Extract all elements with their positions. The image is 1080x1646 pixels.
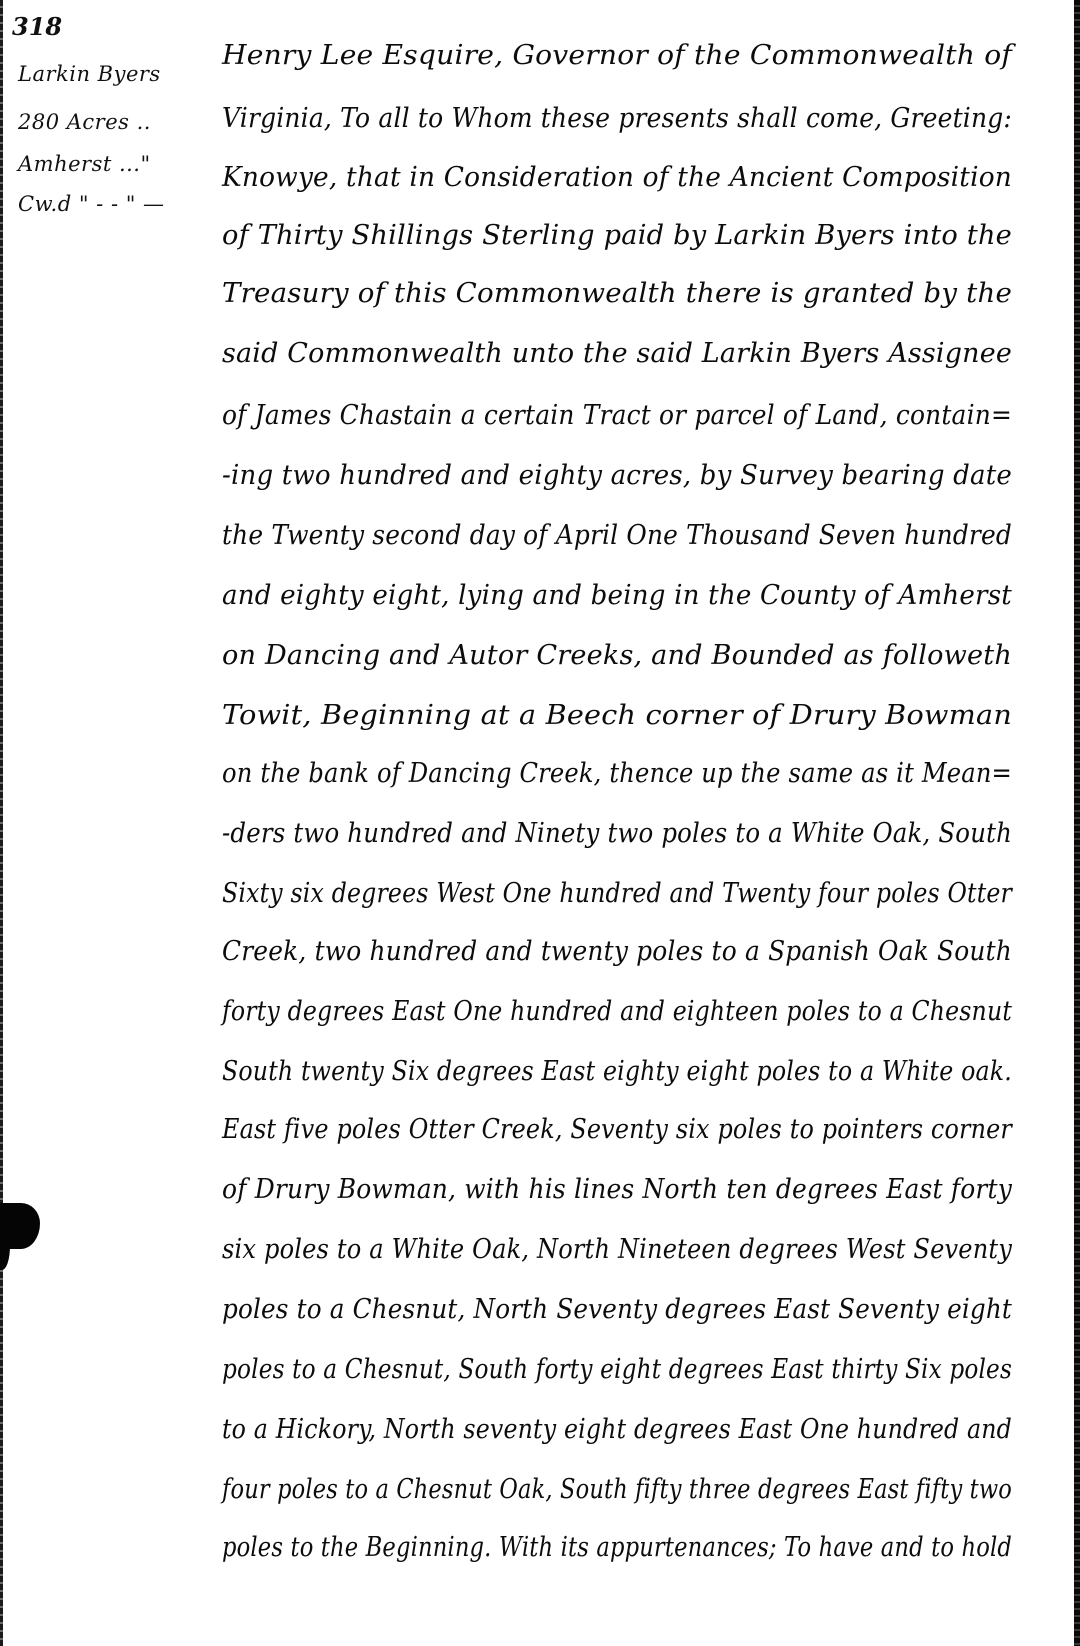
- margin-line-acreage: 280 Acres ..: [18, 110, 151, 134]
- ink-blot-tail: [0, 1240, 10, 1270]
- text-line: Virginia, To all to Whom these presents …: [222, 103, 1012, 134]
- text-line: said Commonwealth unto the said Larkin B…: [222, 338, 1012, 369]
- text-line: Treasury of this Commonwealth there is g…: [222, 278, 1012, 309]
- text-line: of Drury Bowman, with his lines North te…: [222, 1174, 1012, 1205]
- text-line: poles to a Chesnut, South forty eight de…: [222, 1354, 1012, 1385]
- text-line: of James Chastain a certain Tract or par…: [222, 400, 1012, 431]
- text-line: four poles to a Chesnut Oak, South fifty…: [222, 1474, 1012, 1505]
- text-line: poles to the Beginning. With its appurte…: [222, 1532, 1012, 1563]
- text-line: Henry Lee Esquire, Governor of the Commo…: [222, 40, 1012, 71]
- text-line: -ders two hundred and Ninety two poles t…: [222, 818, 1012, 849]
- document-page: 318 Larkin Byers 280 Acres .. Amherst ..…: [0, 0, 1080, 1646]
- text-line: Creek, two hundred and twenty poles to a…: [222, 936, 1012, 967]
- text-line: Knowye, that in Consideration of the Anc…: [222, 162, 1012, 193]
- folio-number: 318: [12, 12, 62, 41]
- text-line: Towit, Beginning at a Beech corner of Dr…: [222, 700, 1012, 731]
- text-line: of Thirty Shillings Sterling paid by Lar…: [222, 220, 1012, 251]
- text-line: six poles to a White Oak, North Nineteen…: [222, 1234, 1012, 1265]
- text-line: East five poles Otter Creek, Seventy six…: [222, 1114, 1012, 1145]
- text-line: poles to a Chesnut, North Seventy degree…: [222, 1294, 1012, 1325]
- text-line: Sixty six degrees West One hundred and T…: [222, 878, 1012, 909]
- text-line: on Dancing and Autor Creeks, and Bounded…: [222, 640, 1012, 671]
- text-line: and eighty eight, lying and being in the…: [222, 580, 1012, 611]
- margin-line-county: Amherst ...": [18, 152, 151, 176]
- text-line: -ing two hundred and eighty acres, by Su…: [222, 460, 1012, 491]
- margin-line-grantee: Larkin Byers: [18, 62, 161, 86]
- text-line: the Twenty second day of April One Thous…: [222, 520, 1012, 551]
- right-page-edge: [1074, 0, 1080, 1646]
- text-line: on the bank of Dancing Creek, thence up …: [222, 758, 1012, 789]
- left-page-edge: [0, 0, 3, 1646]
- margin-line-examined: Cw.d " - - " —: [18, 192, 165, 216]
- text-line: South twenty Six degrees East eighty eig…: [222, 1056, 1012, 1087]
- text-line: forty degrees East One hundred and eight…: [222, 996, 1012, 1027]
- text-line: to a Hickory, North seventy eight degree…: [222, 1414, 1012, 1445]
